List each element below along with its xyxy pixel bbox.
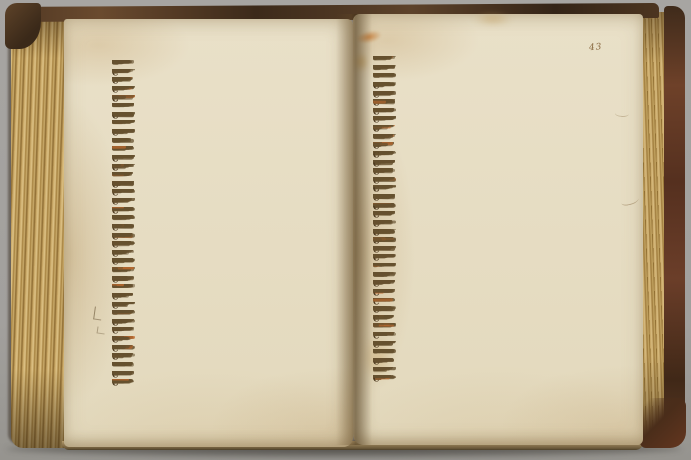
manuscript-line: C [112, 129, 331, 138]
handwritten-word [112, 276, 121, 279]
manuscript-line: C [112, 293, 330, 302]
handwritten-word [373, 229, 377, 232]
handwritten-word [112, 112, 116, 114]
handwritten-word [112, 87, 119, 90]
handwritten-word [373, 109, 391, 111]
manuscript-line [112, 310, 330, 319]
handwritten-word [112, 319, 116, 322]
handwritten-word [112, 130, 117, 133]
manuscript-line [112, 362, 333, 371]
manuscript-photo: CCCCCCCCCCCCCCCCCCCCCCCCCCCCCCCCCCCCCCCC… [0, 0, 691, 460]
handwritten-word [112, 208, 130, 211]
handwritten-word [112, 371, 116, 373]
handwritten-word [373, 247, 384, 250]
parchment-stain [473, 12, 513, 26]
manuscript-line [373, 65, 639, 74]
manuscript-line [373, 367, 639, 376]
manuscript-line: CC [112, 181, 335, 190]
manuscript-line: CC [373, 108, 634, 117]
handwritten-word [373, 342, 377, 346]
manuscript-line: C [373, 160, 635, 169]
manuscript-line [373, 272, 631, 281]
manuscript-line: C [112, 224, 334, 233]
manuscript-line: C [112, 241, 333, 250]
manuscript-line: C [112, 258, 331, 267]
manuscript-line: C [112, 327, 334, 336]
handwritten-word [373, 289, 384, 292]
manuscript-line: C [112, 198, 335, 207]
manuscript-line: CCC [373, 125, 633, 134]
manuscript-line: CCCC [112, 95, 332, 104]
manuscript-line: C [112, 336, 334, 345]
manuscript-line: CCC [373, 203, 635, 212]
marginal-mark [93, 307, 103, 321]
manuscript-line [112, 284, 336, 293]
handwritten-word [373, 168, 385, 171]
manuscript-line: C [112, 276, 333, 285]
handwritten-word [373, 263, 394, 265]
handwritten-word [112, 181, 129, 183]
manuscript-line: CC [373, 194, 639, 203]
handwritten-word [373, 125, 382, 129]
manuscript-line: CC [373, 211, 635, 220]
handwritten-word [112, 285, 117, 288]
manuscript-line: C [112, 233, 330, 242]
handwritten-word [373, 349, 393, 352]
manuscript-line: C [373, 91, 636, 100]
manuscript-line: C [112, 189, 332, 198]
right-page: 43 CCCCCCCCCCCCCCCCCCCCCCCCCCCCCCCCCCCCC… [353, 14, 643, 445]
manuscript-line: C [373, 246, 637, 255]
manuscript-line [373, 73, 637, 82]
manuscript-line: C [373, 177, 634, 186]
handwritten-word [112, 362, 127, 365]
manuscript-line [373, 349, 639, 358]
handwritten-word [373, 73, 396, 77]
handwritten-word [112, 354, 124, 358]
manuscript-line: CC [373, 220, 632, 229]
manuscript-line: CC [112, 112, 329, 121]
marginal-mark [97, 326, 106, 334]
handwritten-word [373, 238, 394, 242]
handwritten-word [373, 221, 380, 225]
manuscript-line [112, 267, 331, 276]
handwritten-word [373, 316, 388, 320]
handwritten-word [112, 345, 132, 347]
manuscript-line: C [112, 371, 334, 380]
handwritten-word [373, 65, 385, 68]
handwritten-word [373, 367, 390, 369]
handwritten-word [373, 358, 387, 361]
manuscript-line: CCCC [373, 237, 634, 246]
manuscript-line [112, 103, 333, 112]
manuscript-line: C [373, 332, 638, 341]
manuscript-line [373, 323, 638, 332]
manuscript-line [373, 134, 632, 143]
manuscript-line: C [112, 69, 329, 78]
manuscript-line [112, 172, 331, 181]
book-cover-right-edge [664, 6, 685, 446]
manuscript-line: C [112, 345, 333, 354]
manuscript-line: C [373, 358, 638, 367]
handwritten-word [373, 298, 393, 301]
handwritten-word [112, 103, 134, 105]
handwritten-word [373, 307, 382, 311]
handwritten-word [373, 177, 384, 179]
manuscript-text-left: CCCCCCCCCCCCCCCCCCCCCCCCCCCCCCCCCCCCCCCC [112, 60, 336, 394]
manuscript-line: CC [112, 319, 329, 328]
manuscript-line: CC [373, 254, 634, 263]
manuscript-line: CC [373, 82, 634, 91]
manuscript-line: C [112, 250, 334, 259]
manuscript-line [112, 60, 332, 69]
handwritten-word [373, 160, 390, 163]
handwritten-word [112, 155, 120, 156]
handwritten-word [112, 293, 119, 296]
handwritten-word [373, 212, 379, 215]
left-page: CCCCCCCCCCCCCCCCCCCCCCCCCCCCCCCCCCCCCCCC [64, 19, 353, 447]
handwritten-word [373, 194, 390, 196]
handwritten-word [112, 95, 116, 98]
manuscript-line: C [112, 86, 330, 95]
handwritten-word [112, 70, 129, 73]
handwritten-word [112, 267, 123, 269]
manuscript-line [112, 138, 333, 147]
manuscript-line [112, 146, 334, 155]
manuscript-line: C [373, 375, 548, 384]
manuscript-line: CC [112, 155, 333, 164]
manuscript-line [112, 215, 334, 224]
manuscript-line: CC [112, 379, 236, 388]
manuscript-line: CC [373, 168, 638, 177]
manuscript-line: CC [112, 77, 329, 86]
manuscript-line [373, 263, 638, 272]
ink-stain [355, 28, 383, 45]
manuscript-line: C [373, 341, 635, 350]
manuscript-line: C [373, 116, 637, 125]
manuscript-line: C [373, 298, 633, 307]
manuscript-line: CCC [373, 151, 636, 160]
manuscript-line: CC [112, 207, 328, 216]
manuscript-line: CCCCC [373, 185, 635, 194]
handwritten-word [373, 151, 383, 155]
handwritten-word [373, 375, 386, 377]
handwritten-word [112, 78, 123, 82]
handwritten-word [373, 272, 382, 274]
handwritten-word [112, 138, 120, 141]
handwritten-word [112, 302, 119, 305]
manuscript-line: C [373, 315, 633, 324]
folio-number: 43 [589, 40, 620, 55]
handwritten-word [373, 91, 392, 94]
handwritten-word [112, 250, 124, 253]
handwritten-word [112, 224, 133, 228]
handwritten-word [373, 83, 387, 86]
parchment-stain [353, 52, 369, 72]
manuscript-line: CCC [373, 229, 636, 238]
handwritten-word [112, 60, 118, 63]
manuscript-line: CCC [112, 353, 334, 362]
manuscript-line: CC [373, 289, 634, 298]
manuscript-line [373, 56, 635, 65]
handwritten-word [112, 172, 132, 174]
manuscript-text-right: CCCCCCCCCCCCCCCCCCCCCCCCCCCCCCCCCCCCCCCC… [373, 56, 640, 390]
manuscript-line: CC [373, 142, 635, 151]
manuscript-line: C [373, 280, 637, 289]
handwritten-word [373, 134, 378, 137]
handwritten-word [112, 164, 134, 167]
manuscript-line: CC [112, 164, 330, 173]
handwritten-word [112, 311, 118, 315]
manuscript-line: C [112, 302, 335, 311]
manuscript-line [112, 120, 332, 129]
handwritten-word [373, 203, 394, 206]
manuscript-line: CC [373, 99, 634, 108]
book-cover-corner-bottom-right [640, 398, 686, 448]
manuscript-line: CC [373, 306, 635, 315]
handwritten-word [112, 233, 135, 237]
